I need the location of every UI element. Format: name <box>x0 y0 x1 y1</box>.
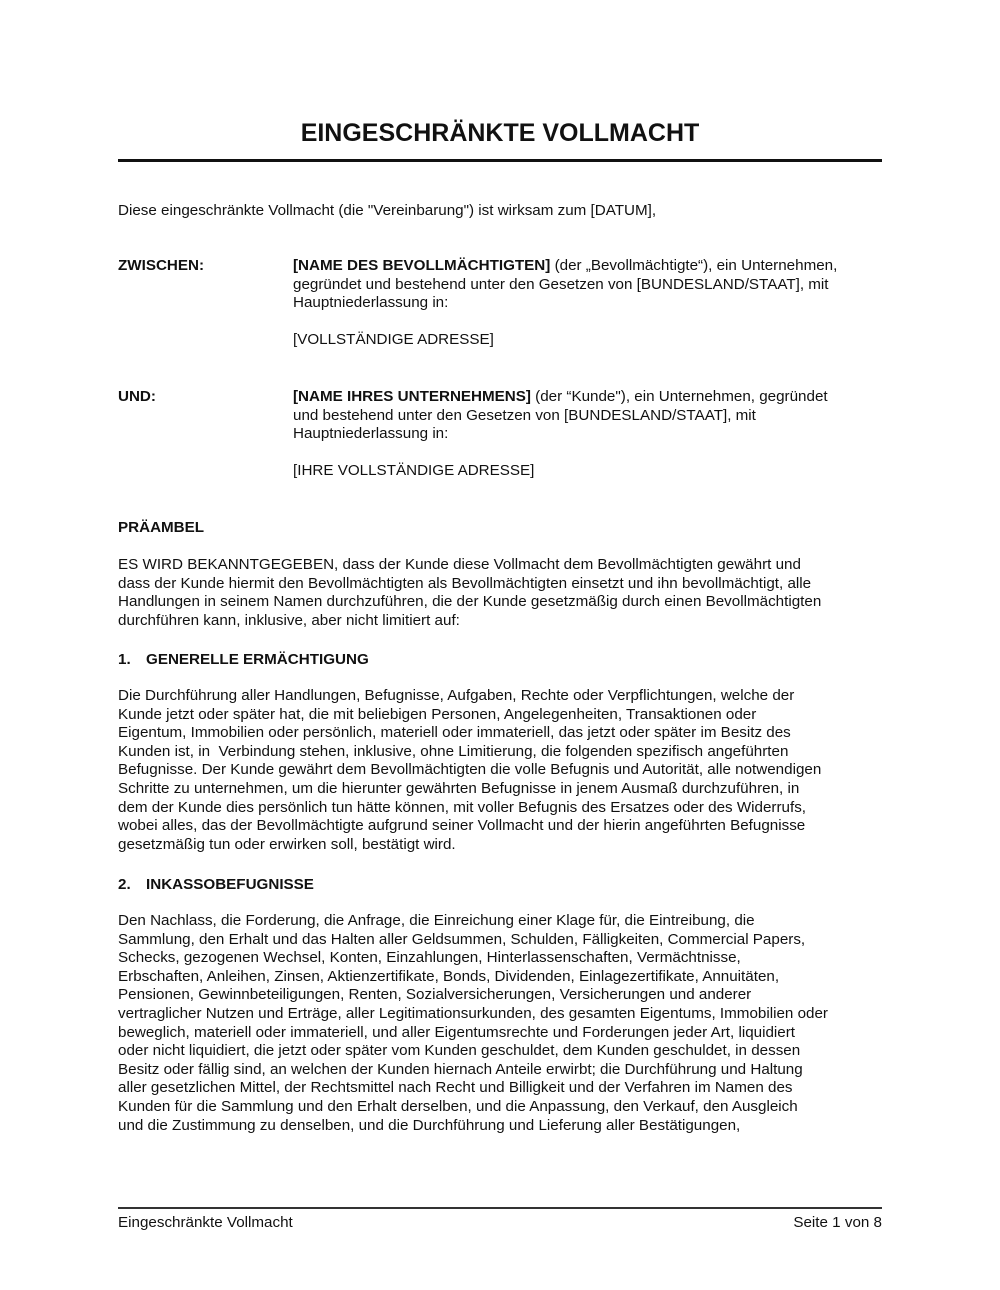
section-title: GENERELLE ERMÄCHTIGUNG <box>146 651 369 668</box>
section-line: Pensionen, Gewinnbeteiligungen, Renten, … <box>118 986 882 1005</box>
party-block-client: [NAME IHRES UNTERNEHMENS] (der “Kunde"),… <box>293 388 883 480</box>
agent-line3: Hauptniederlassung in: <box>293 294 883 313</box>
footer-document-name: Eingeschränkte Vollmacht <box>118 1214 293 1231</box>
section-1-heading: 1.GENERELLE ERMÄCHTIGUNG <box>118 651 369 668</box>
preamble-heading: PRÄAMBEL <box>118 519 204 536</box>
section-line: Erbschaften, Anleihen, Zinsen, Aktienzer… <box>118 968 882 987</box>
intro-text: Diese eingeschränkte Vollmacht (die "Ver… <box>118 202 656 221</box>
agent-address-placeholder: [VOLLSTÄNDIGE ADRESSE] <box>293 331 883 350</box>
section-line: wobei alles, das der Bevollmächtigte auf… <box>118 817 882 836</box>
preamble-body: ES WIRD BEKANNTGEGEBEN, dass der Kunde d… <box>118 556 882 630</box>
party-label-zwischen: ZWISCHEN: <box>118 257 204 274</box>
section-line: und die Zustimmung zu denselben, und die… <box>118 1117 882 1136</box>
section-line: Kunden ist, in Verbindung stehen, inklus… <box>118 743 882 762</box>
preamble-line: dass der Kunde hiermit den Bevollmächtig… <box>118 575 882 594</box>
section-line: Eigentum, Immobilien oder persönlich, ma… <box>118 724 882 743</box>
party-label-und: UND: <box>118 388 156 405</box>
agent-line1: (der „Bevollmächtigte“), ein Unternehmen… <box>550 257 837 274</box>
footer-page-number: Seite 1 von 8 <box>793 1214 882 1231</box>
section-2-heading: 2.INKASSOBEFUGNISSE <box>118 876 314 893</box>
section-line: dem der Kunde dies persönlich tun hätte … <box>118 799 882 818</box>
section-line: oder nicht liquidiert, die jetzt oder sp… <box>118 1042 882 1061</box>
preamble-line: ES WIRD BEKANNTGEGEBEN, dass der Kunde d… <box>118 556 882 575</box>
client-line3: Hauptniederlassung in: <box>293 425 883 444</box>
footer-divider <box>118 1207 882 1209</box>
section-line: Den Nachlass, die Forderung, die Anfrage… <box>118 912 882 931</box>
section-number: 1. <box>118 651 146 668</box>
preamble-line: Handlungen in seinem Namen durchzuführen… <box>118 593 882 612</box>
section-2-body: Den Nachlass, die Forderung, die Anfrage… <box>118 912 882 1135</box>
section-line: vertraglicher Nutzen und Erträge, aller … <box>118 1005 882 1024</box>
section-title: INKASSOBEFUGNISSE <box>146 876 314 893</box>
section-line: Befugnisse. Der Kunde gewährt dem Bevoll… <box>118 761 882 780</box>
section-1-body: Die Durchführung aller Handlungen, Befug… <box>118 687 882 854</box>
title-divider <box>118 159 882 162</box>
agent-name-placeholder: [NAME DES BEVOLLMÄCHTIGTEN] <box>293 257 550 274</box>
section-line: gesetzmäßig tun oder erwirken soll, best… <box>118 836 882 855</box>
client-address-placeholder: [IHRE VOLLSTÄNDIGE ADRESSE] <box>293 462 883 481</box>
section-line: beweglich, materiell oder immateriell, u… <box>118 1024 882 1043</box>
section-line: Kunde jetzt oder später hat, die mit bel… <box>118 706 882 725</box>
client-line1: (der “Kunde"), ein Unternehmen, gegründe… <box>531 388 828 405</box>
section-line: aller gesetzlichen Mittel, der Rechtsmit… <box>118 1079 882 1098</box>
client-name-placeholder: [NAME IHRES UNTERNEHMENS] <box>293 388 531 405</box>
section-line: Schritte zu unternehmen, um die hierunte… <box>118 780 882 799</box>
section-line: Sammlung, den Erhalt und das Halten alle… <box>118 931 882 950</box>
agent-line2: gegründet und bestehend unter den Gesetz… <box>293 276 883 295</box>
preamble-line: durchführen kann, inklusive, aber nicht … <box>118 612 882 631</box>
section-line: Schecks, gezogenen Wechsel, Konten, Einz… <box>118 949 882 968</box>
section-line: Besitz oder fällig sind, an welchen der … <box>118 1061 882 1080</box>
party-block-agent: [NAME DES BEVOLLMÄCHTIGTEN] (der „Bevoll… <box>293 257 883 349</box>
section-number: 2. <box>118 876 146 893</box>
section-line: Kunden für die Sammlung und den Erhalt d… <box>118 1098 882 1117</box>
section-line: Die Durchführung aller Handlungen, Befug… <box>118 687 882 706</box>
client-line2: und bestehend unter den Gesetzen von [BU… <box>293 407 883 426</box>
document-title: EINGESCHRÄNKTE VOLLMACHT <box>118 117 882 149</box>
